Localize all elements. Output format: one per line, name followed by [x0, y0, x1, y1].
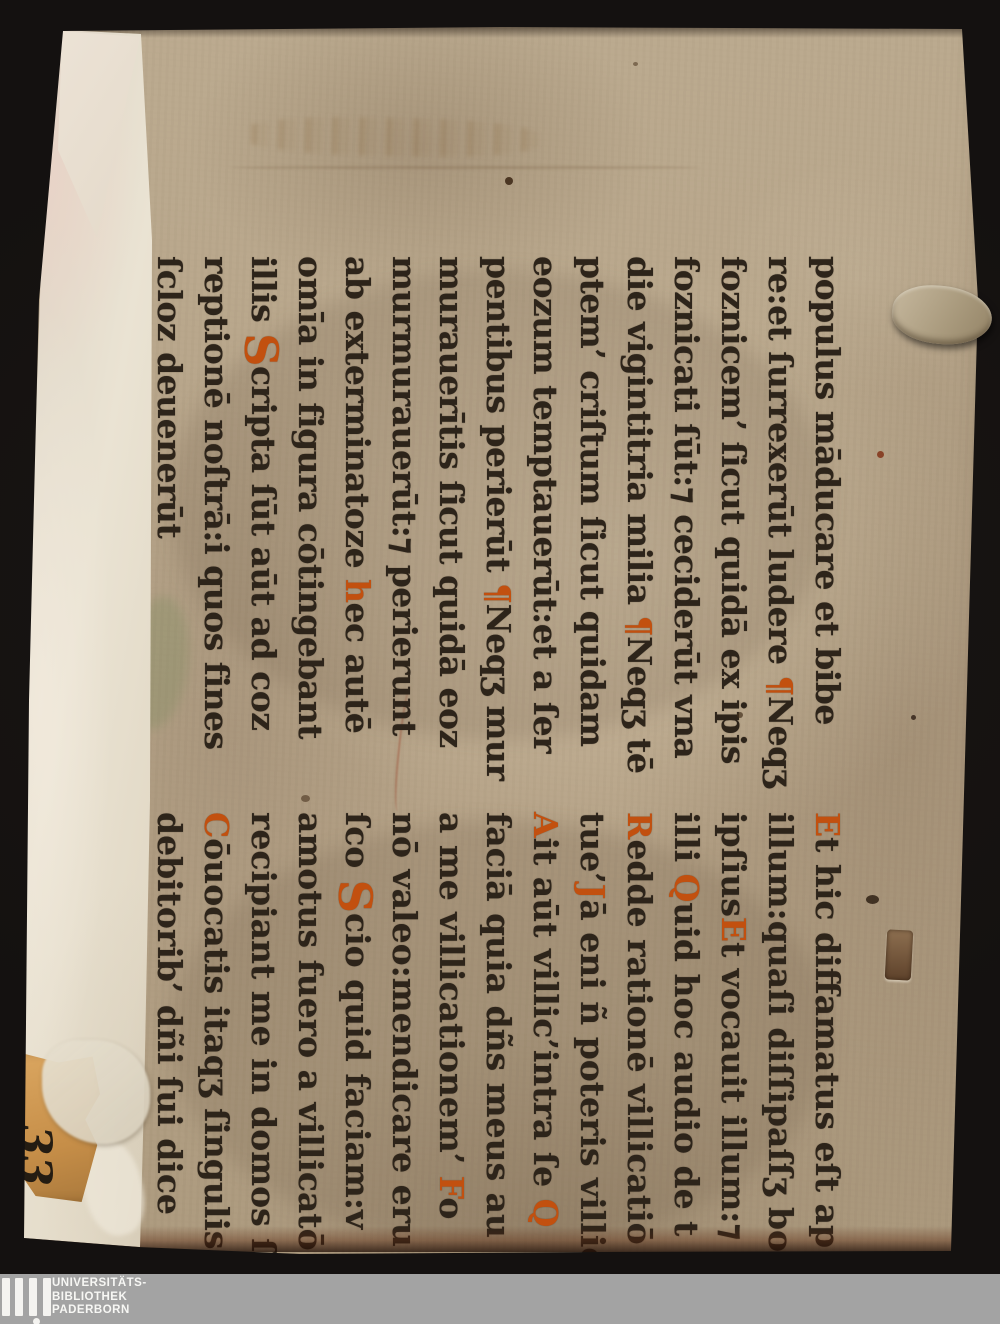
library-name-line: BIBLIOTHEK [52, 1291, 147, 1305]
logo-bar [15, 1278, 23, 1316]
logo-dot [33, 1318, 40, 1324]
library-name-line: PADERBORN [52, 1304, 147, 1318]
logo-bar [2, 1278, 10, 1316]
clasp-slit [885, 929, 914, 980]
library-footer-band: UNIVERSITÄTS- BIBLIOTHEK PADERBORN [0, 1274, 1000, 1324]
logo-bar [43, 1278, 51, 1316]
book-cover-photo: populus māducare et bibere:et ſurrexerūt… [0, 0, 1000, 1324]
library-name: UNIVERSITÄTS- BIBLIOTHEK PADERBORN [52, 1277, 147, 1318]
bottom-edge-shadow [28, 1226, 966, 1252]
library-logo-icon [2, 1277, 52, 1323]
logo-bar [29, 1278, 37, 1316]
library-name-line: UNIVERSITÄTS- [52, 1277, 147, 1291]
